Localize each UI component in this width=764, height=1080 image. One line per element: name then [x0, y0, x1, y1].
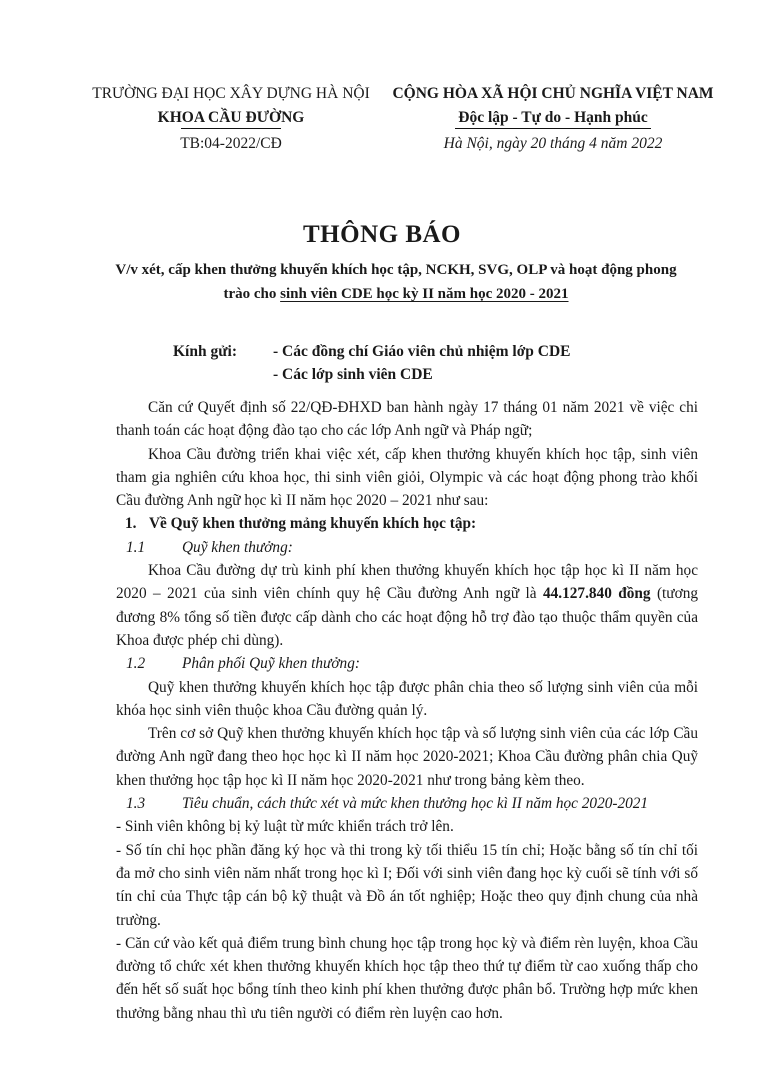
subject-line-2-underlined: sinh viên CDE học kỳ II năm học 2020 - 2… — [280, 286, 568, 302]
subject-line-2: trào cho sinh viên CDE học kỳ II năm học… — [96, 282, 696, 306]
header-left: TRƯỜNG ĐẠI HỌC XÂY DỰNG HÀ NỘI KHOA CẦU … — [72, 82, 390, 156]
section-title: Về Quỹ khen thưởng mảng khuyến khích học… — [149, 515, 476, 532]
document-subject: V/v xét, cấp khen thưởng khuyến khích họ… — [96, 258, 696, 306]
national-motto: Độc lập - Tự do - Hạnh phúc — [378, 106, 728, 130]
document-number: TB:04-2022/CĐ — [72, 132, 390, 156]
section-1-3-heading: 1.3Tiêu chuẩn, cách thức xét và mức khen… — [116, 792, 698, 815]
university-name: TRƯỜNG ĐẠI HỌC XÂY DỰNG HÀ NỘI — [72, 82, 390, 106]
paragraph-legal-basis: Căn cứ Quyết định số 22/QĐ-ĐHXD ban hành… — [116, 396, 698, 443]
place-date: Hà Nội, ngày 20 tháng 4 năm 2022 — [378, 132, 728, 156]
criteria-item: - Căn cứ vào kết quả điểm trung bình chu… — [116, 932, 698, 1025]
section-1-heading: 1.Về Quỹ khen thưởng mảng khuyến khích h… — [116, 512, 698, 535]
criteria-item: - Sinh viên không bị kỷ luật từ mức khiể… — [116, 815, 698, 838]
paragraph-fund-distribution: Quỹ khen thưởng khuyến khích học tập đượ… — [116, 676, 698, 723]
country-name: CỘNG HÒA XÃ HỘI CHỦ NGHĨA VIỆT NAM — [378, 82, 728, 106]
header-right: CỘNG HÒA XÃ HỘI CHỦ NGHĨA VIỆT NAM Độc l… — [378, 82, 728, 156]
recipient-item: - Các lớp sinh viên CDE — [273, 363, 433, 386]
recipient-item: - Các đồng chí Giáo viên chủ nhiệm lớp C… — [273, 340, 571, 363]
section-number: 1.1 — [126, 536, 182, 559]
recipients-block: Kính gửi: - Các đồng chí Giáo viên chủ n… — [173, 340, 571, 386]
document-page: TRƯỜNG ĐẠI HỌC XÂY DỰNG HÀ NỘI KHOA CẦU … — [0, 0, 764, 1080]
paragraph-fund-allocation: Trên cơ sở Quỹ khen thưởng khuyến khích … — [116, 722, 698, 792]
section-1-1-heading: 1.1Quỹ khen thưởng: — [116, 536, 698, 559]
section-number: 1.2 — [126, 652, 182, 675]
recipient-row: Kính gửi: - Các đồng chí Giáo viên chủ n… — [173, 340, 571, 363]
document-title: THÔNG BÁO — [0, 221, 764, 249]
section-number: 1. — [125, 512, 149, 535]
criteria-item: - Số tín chỉ học phần đăng ký học và thi… — [116, 839, 698, 932]
faculty-name: KHOA CẦU ĐƯỜNG — [72, 106, 390, 130]
subject-line-2-prefix: trào cho — [223, 286, 280, 302]
fund-amount: 44.127.840 đồng — [543, 585, 651, 602]
document-body: Căn cứ Quyết định số 22/QĐ-ĐHXD ban hành… — [116, 396, 698, 1025]
section-title: Quỹ khen thưởng: — [182, 539, 293, 556]
subject-line-1: V/v xét, cấp khen thưởng khuyến khích họ… — [96, 258, 696, 282]
recipients-label: Kính gửi: — [173, 340, 273, 363]
section-1-2-heading: 1.2Phân phối Quỹ khen thưởng: — [116, 652, 698, 675]
section-title: Tiêu chuẩn, cách thức xét và mức khen th… — [182, 795, 648, 812]
section-title: Phân phối Quỹ khen thưởng: — [182, 655, 360, 672]
section-number: 1.3 — [126, 792, 182, 815]
recipient-row: - Các lớp sinh viên CDE — [173, 363, 571, 386]
paragraph-fund-amount: Khoa Cầu đường dự trù kinh phí khen thưở… — [116, 559, 698, 652]
paragraph-introduction: Khoa Cầu đường triển khai việc xét, cấp … — [116, 443, 698, 513]
